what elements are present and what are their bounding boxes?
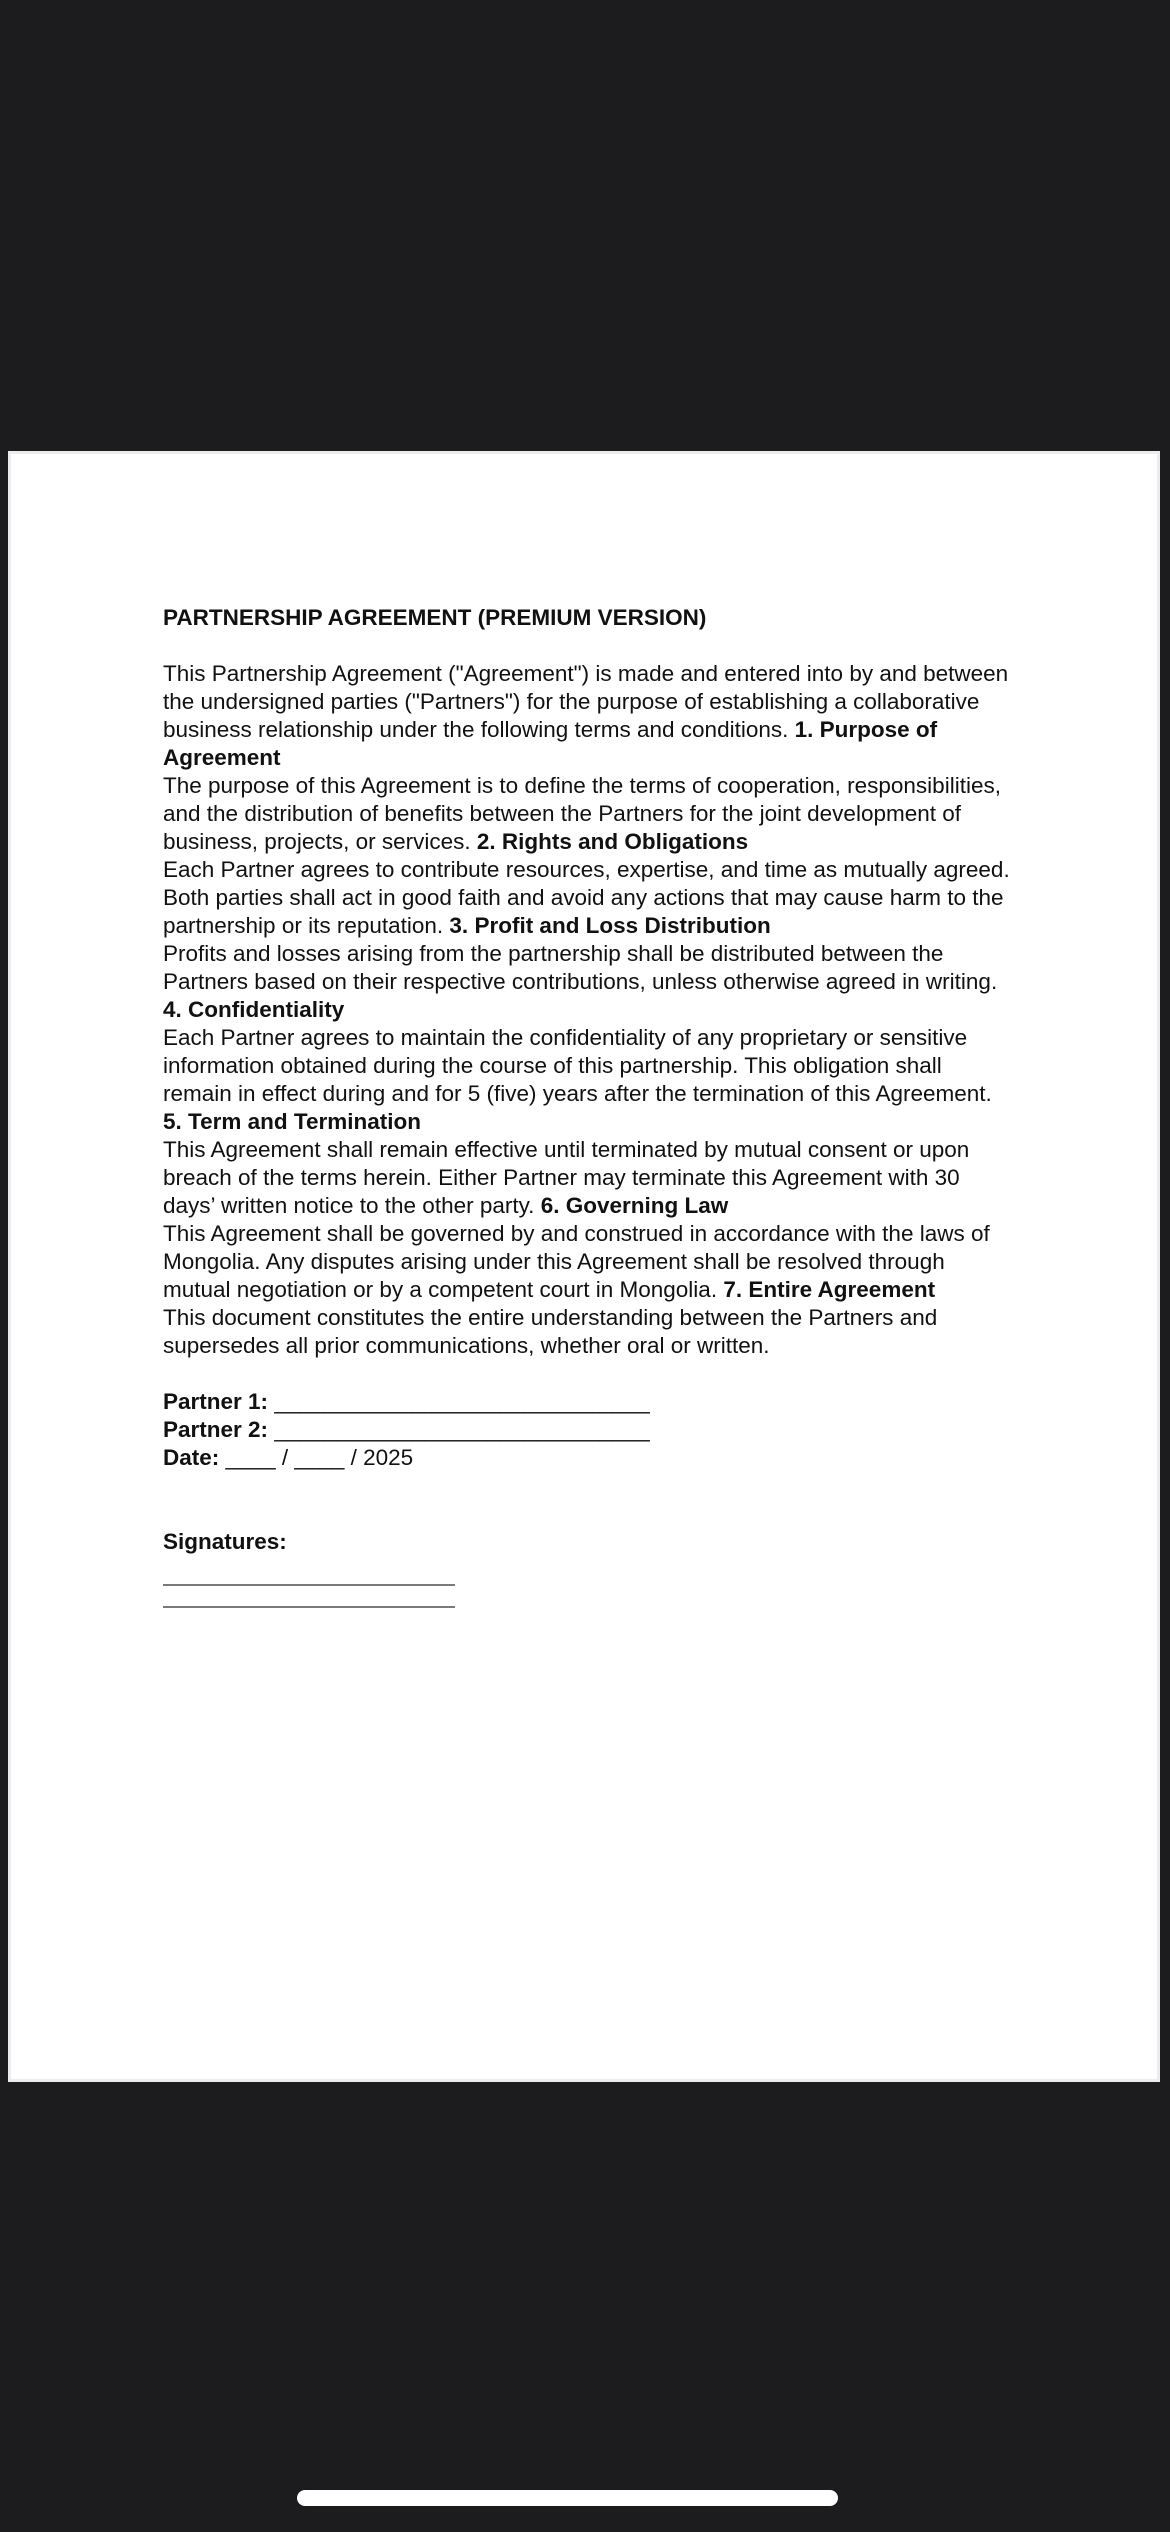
- partner1-field: Partner 1: _____________________________…: [163, 1388, 1013, 1416]
- section-heading-6: 6. Governing Law: [541, 1193, 729, 1218]
- document-body: This Partnership Agreement ("Agreement")…: [163, 660, 1013, 1360]
- home-indicator[interactable]: [297, 2490, 838, 2506]
- section-body-7: This document constitutes the entire und…: [163, 1305, 937, 1358]
- section-heading-4: 4. Confidentiality: [163, 997, 344, 1022]
- party-fields: Partner 1: _____________________________…: [163, 1388, 1013, 1472]
- document-page: PARTNERSHIP AGREEMENT (PREMIUM VERSION) …: [8, 451, 1160, 2082]
- partner1-label: Partner 1:: [163, 1389, 268, 1414]
- partner1-blank: ______________________________: [274, 1389, 649, 1414]
- date-field: Date: ____ / ____ / 2025: [163, 1444, 1013, 1472]
- signature-line-1: [163, 1584, 455, 1586]
- section-heading-5: 5. Term and Termination: [163, 1109, 421, 1134]
- document-content: PARTNERSHIP AGREEMENT (PREMIUM VERSION) …: [163, 604, 1013, 1628]
- section-heading-3: 3. Profit and Loss Distribution: [449, 913, 770, 938]
- partner2-blank: ______________________________: [274, 1417, 649, 1442]
- section-heading-7: 7. Entire Agreement: [723, 1277, 935, 1302]
- document-title: PARTNERSHIP AGREEMENT (PREMIUM VERSION): [163, 604, 1013, 632]
- date-label: Date:: [163, 1445, 219, 1470]
- section-heading-2: 2. Rights and Obligations: [477, 829, 748, 854]
- partner2-field: Partner 2: _____________________________…: [163, 1416, 1013, 1444]
- partner2-label: Partner 2:: [163, 1417, 268, 1442]
- signatures-heading: Signatures:: [163, 1528, 1013, 1556]
- section-body-4: Each Partner agrees to maintain the conf…: [163, 1025, 992, 1106]
- signature-lines: [163, 1584, 1013, 1608]
- section-body-3: Profits and losses arising from the part…: [163, 941, 997, 994]
- date-blank: ____ / ____ / 2025: [226, 1445, 414, 1470]
- signature-line-2: [163, 1606, 455, 1608]
